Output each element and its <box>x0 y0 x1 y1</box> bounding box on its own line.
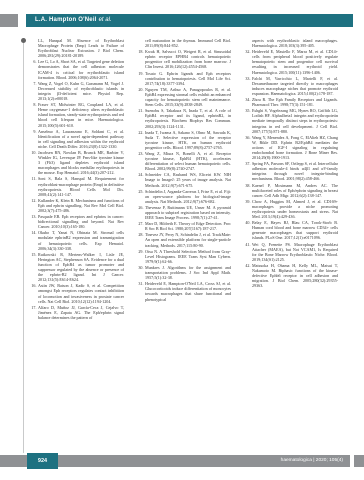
reference-item: 41.Wei Q, Frenette PS. Macrophage Erythr… <box>244 242 338 262</box>
reference-item: 23.Wang Z, Miura N, Bonelli A, et al. Re… <box>137 151 231 171</box>
reference-text: Anselmo A, Lauranzano E, Soldani C, et a… <box>38 129 124 149</box>
reference-item: 25.Schindelin J, Arganda-Carreras I, Fri… <box>137 189 231 204</box>
reference-number: 30. <box>137 265 144 270</box>
reference-number: 25. <box>137 189 144 194</box>
reference-text: Schindelin J, Arganda-Carreras I, Frise … <box>145 189 231 204</box>
reference-number: 38. <box>244 183 251 188</box>
reference-item: 39.Chow A, Huggins M, Ahmed J, et al. CD… <box>244 199 338 219</box>
reference-item: LL, Hanspal M. Absence of Erythroblast M… <box>30 38 124 58</box>
reference-number: 39. <box>244 199 251 204</box>
reference-text: Alfaro D, Muñoz JJ, García-Ceca J, Cejal… <box>38 305 124 320</box>
reference-text: Wang Z, Vogel O, Kuhn G, Gassmann M, Vog… <box>38 81 124 101</box>
reference-text: Kullander K, Klein R. Mechanisms and fun… <box>38 198 124 213</box>
reference-item: 14.Okubo T, Yanai N, Obinata M. Stromal … <box>30 230 124 250</box>
reference-number: 33. <box>244 76 251 81</box>
reference-text: Nguyen TM, Arthur A, Panagopoulos R, et … <box>145 87 231 107</box>
reference-text: Soni S, Bala S, Hanspal M. Requirement f… <box>38 176 124 196</box>
reference-number: 19. <box>137 71 144 76</box>
reference-number: 11. <box>30 176 37 181</box>
reference-item: 26.Thevenaz P, Ruttimann UE, Unser M. A … <box>137 205 231 220</box>
reference-text: cell maturation in the thymus. Immunol C… <box>145 38 231 48</box>
page-number: 924 <box>38 458 47 464</box>
reference-number: 40. <box>244 220 251 225</box>
reference-number: 28. <box>137 232 144 237</box>
reference-text: Thevenaz P, Ruttimann UE, Unser M. A pyr… <box>145 205 231 220</box>
reference-number: 10. <box>30 150 37 155</box>
reference-item: 22.Inada T, Iwama A, Sakano S, Ohno M, S… <box>137 130 231 150</box>
reference-item: 7.Wang Z, Vogel O, Kuhn G, Gassmann M, V… <box>30 81 124 101</box>
reference-item: 33.Falchi M, Varricchio L, Martelli F, e… <box>244 76 338 96</box>
reference-text: Belay E, Hayes BJ, Blau CA, Torok-Storb … <box>252 220 338 240</box>
reference-text: Rutkowski R, Mertens-Walker I, Lisle JE,… <box>38 252 124 282</box>
reference-item: 10.Jacobsen RN, Nowlan B, Brunck ME, Bar… <box>30 150 124 175</box>
reference-text: Chow A, Huggins M, Ahmed J, et al. CD169… <box>252 199 338 219</box>
margin-rule <box>23 43 24 453</box>
reference-item: 21.Suenobu S, Takakura N, Inada T, et al… <box>137 108 231 128</box>
reference-number: 8. <box>30 102 37 107</box>
reference-item: 16.Astin JW, Batson J, Kadir S, et al. C… <box>30 283 124 303</box>
reference-item: 12.Kullander K, Klein R. Mechanisms and … <box>30 198 124 213</box>
reference-text: Marr D, Hildreth E. Theory of Edge Detec… <box>145 221 231 231</box>
reference-text: Okubo T, Yanai N, Obinata M. Stromal cel… <box>38 230 124 250</box>
reference-item: 37.Spring FA, Parsons SF, Ortlepp S, et … <box>244 161 338 181</box>
running-head-bar: L.A. Hampton O'Neilet al. <box>26 14 353 27</box>
reference-text: Inada T, Iwama A, Sakano S, Ohno M, Sawa… <box>145 130 231 150</box>
reference-text: Wang Z, Miura N, Bonelli A, et al. Recep… <box>145 151 231 171</box>
reference-item: aspects with erythroblastic island macro… <box>244 38 338 48</box>
reference-number: 36. <box>244 135 251 140</box>
reference-text: Heideveld E, Masiello F, Marra M, et al.… <box>252 49 338 74</box>
reference-text: Zhou R. The Eph Family Receptors and Lig… <box>252 97 338 107</box>
reference-item: 11.Soni S, Bala S, Hanspal M. Requiremen… <box>30 176 124 196</box>
reference-text: Eshghi S, Vogelezang MG, Hynes RO, Griff… <box>252 108 338 133</box>
reference-text: Otsu N. A Threshold Selection Method fro… <box>145 249 231 264</box>
running-head-etal: et al. <box>99 17 112 23</box>
reference-number: 32. <box>244 49 251 54</box>
reference-item: 6.Lee G, Lo A, Short SA, et al. Targeted… <box>30 59 124 79</box>
running-head-author: L.A. Hampton O'Neil <box>35 17 97 23</box>
reference-number: 7. <box>30 81 37 86</box>
reference-text: Fraser ST, Midwinter RG, Coupland LA, et… <box>38 102 124 127</box>
page-number-badge: 924 <box>27 453 58 469</box>
reference-number: 41. <box>244 242 251 247</box>
reference-number: 42. <box>244 263 251 268</box>
reference-number: 20. <box>137 87 144 92</box>
reference-number: 18. <box>137 49 144 54</box>
header-left-block <box>0 14 18 27</box>
reference-text: aspects with erythroblastic island macro… <box>252 38 338 48</box>
reference-item: 36.Wang Y, Menendez A, Fong C, ElAlieh H… <box>244 135 338 160</box>
footer-right-block <box>354 455 364 467</box>
reference-item: 32.Heideveld E, Masiello F, Marra M, et … <box>244 49 338 74</box>
reference-text: Spring FA, Parsons SF, Ortlepp S, et al.… <box>252 161 338 181</box>
reference-number: 16. <box>30 283 37 288</box>
reference-item: 31.Heideveld E, Hampton-O'Neil LA, Cross… <box>137 281 231 301</box>
reference-number: 35. <box>244 108 251 113</box>
reference-item: 27.Marr D, Hildreth E. Theory of Edge De… <box>137 221 231 231</box>
reference-text: Munkres J. Algorithms for the assignment… <box>145 265 231 280</box>
reference-number: 21. <box>137 108 144 113</box>
reference-item: 34.Zhou R. The Eph Family Receptors and … <box>244 97 338 107</box>
reference-item: 29.Otsu N. A Threshold Selection Method … <box>137 249 231 264</box>
reference-text: Jacobsen RN, Nowlan B, Brunck ME, Barbie… <box>38 150 124 175</box>
journal-page: L.A. Hampton O'Neilet al. LL, Hanspal M.… <box>0 0 364 480</box>
reference-text: Heideveld E, Hampton-O'Neil LA, Cross SJ… <box>145 281 231 301</box>
reference-text: Kwak H, Salvucci O, Weigert R, et al. Si… <box>145 49 231 69</box>
reference-number: 26. <box>137 205 144 210</box>
reference-item: 40.Belay E, Hayes BJ, Blau CA, Torok-Sto… <box>244 220 338 240</box>
reference-number: 34. <box>244 97 251 102</box>
reference-number: 12. <box>30 198 37 203</box>
reference-number: 27. <box>137 221 144 226</box>
reference-item: 28.Tinevez JY, Perry N, Schindelin J, et… <box>137 232 231 247</box>
reference-item: 35.Eshghi S, Vogelezang MG, Hynes RO, Gr… <box>244 108 338 133</box>
reference-item: 13.Pasquale EB. Eph receptors and ephrin… <box>30 214 124 229</box>
reference-number: 31. <box>137 281 144 286</box>
reference-item: 38.Kaenel P, Mosimann M, Andres AC. The … <box>244 183 338 198</box>
references-column-1: LL, Hanspal M. Absence of Erythroblast M… <box>30 38 124 325</box>
reference-item: 20.Nguyen TM, Arthur A, Panagopoulos R, … <box>137 87 231 107</box>
reference-number: 37. <box>244 161 251 166</box>
reference-text: Kaenel P, Mosimann M, Andres AC. The mul… <box>252 183 338 198</box>
reference-number: 17. <box>30 305 37 310</box>
reference-text: Astin JW, Batson J, Kadir S, et al. Comp… <box>38 283 124 303</box>
reference-text: Tosato G. Ephrin ligands and Eph recepto… <box>145 71 231 86</box>
reference-text: Lee G, Lo A, Short SA, et al. Targeted g… <box>38 59 124 79</box>
reference-item: 17.Alfaro D, Muñoz JJ, García-Ceca J, Ce… <box>30 305 124 320</box>
reference-item: cell maturation in the thymus. Immunol C… <box>137 38 231 48</box>
journal-footer-text: haematologica | 2020; 105(4) <box>281 458 343 463</box>
reference-text: Suenobu S, Takakura N, Inada T, et al. A… <box>145 108 231 128</box>
reference-item: 8.Fraser ST, Midwinter RG, Coupland LA, … <box>30 102 124 127</box>
reference-text: Tinevez JY, Perry N, Schindelin J, et al… <box>145 232 231 247</box>
reference-text: Matsuoka H, Obama H, Kelly ML, Matsui T,… <box>252 263 338 288</box>
reference-item: 42.Matsuoka H, Obama H, Kelly ML, Matsui… <box>244 263 338 288</box>
reference-text: Schneider CA, Rasband WS, Eliceiri KW. N… <box>145 172 231 187</box>
reference-number: 15. <box>30 252 37 257</box>
reference-item: 18.Kwak H, Salvucci O, Weigert R, et al.… <box>137 49 231 69</box>
reference-text: Falchi M, Varricchio L, Martelli F, et a… <box>252 76 338 96</box>
reference-text: Wang Y, Menendez A, Fong C, ElAlieh HZ, … <box>252 135 338 160</box>
reference-text: Wei Q, Frenette PS. Macrophage Erythrobl… <box>252 242 338 262</box>
reference-number: 14. <box>30 230 37 235</box>
reference-number: 24. <box>137 172 144 177</box>
reference-text: LL, Hanspal M. Absence of Erythroblast M… <box>38 38 124 58</box>
reference-item: 15.Rutkowski R, Mertens-Walker I, Lisle … <box>30 252 124 283</box>
reference-item: 30.Munkres J. Algorithms for the assignm… <box>137 265 231 280</box>
reference-text: Pasquale EB. Eph receptors and ephrins i… <box>38 214 124 229</box>
reference-number: 6. <box>30 59 37 64</box>
reference-item: 9.Anselmo A, Lauranzano E, Soldani C, et… <box>30 129 124 149</box>
reference-item: 19.Tosato G. Ephrin ligands and Eph rece… <box>137 71 231 86</box>
reference-number: 9. <box>30 129 37 134</box>
reference-number: 22. <box>137 130 144 135</box>
references-column-3: aspects with erythroblastic island macro… <box>244 38 338 325</box>
reference-number: 13. <box>30 214 37 219</box>
references-column-2: cell maturation in the thymus. Immunol C… <box>137 38 231 325</box>
reference-number: 23. <box>137 151 144 156</box>
reference-item: 24.Schneider CA, Rasband WS, Eliceiri KW… <box>137 172 231 187</box>
reference-number: 29. <box>137 249 144 254</box>
